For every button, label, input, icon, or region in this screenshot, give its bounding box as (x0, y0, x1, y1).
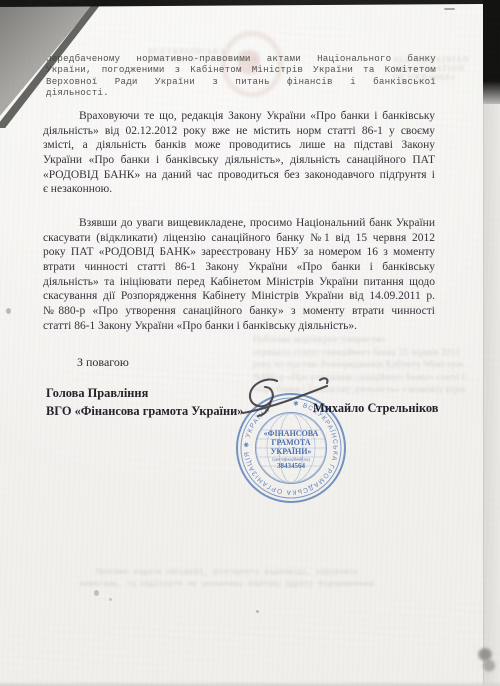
text-line: України «Про банки і банківську діяльніс… (43, 153, 435, 168)
scan-edge-right (483, 0, 500, 108)
stamp-id-number: 38434564 (277, 462, 306, 470)
text-line: Враховуючи те що, редакція Закону Україн… (43, 109, 435, 124)
speck (109, 598, 112, 601)
paragraph-typewritten: передбаченому нормативно-правовими актам… (46, 53, 436, 98)
signer-title-line1: Голова Правління (46, 384, 243, 402)
text-line: діяльність» та ініціювати перед Кабінето… (43, 275, 435, 290)
text-line: №880-р «Про утворення санаційного банку»… (43, 304, 435, 319)
speck (444, 8, 455, 10)
scanned-letter-page: ВСЕУКРАЇНСЬКА ГРОМАДСЬКА ОРГАНІЗАЦІЯ ALL… (0, 0, 500, 686)
scan-edge-top (0, 0, 500, 7)
stamp-line-3: УКРАЇНИ» (271, 447, 312, 456)
smudge-bottom-right (477, 646, 497, 674)
signer-title-line2: ВГО «Фінансова грамота України» (46, 402, 243, 420)
stamp-line-4: (ідентифікаційний) код (272, 458, 310, 462)
speck (256, 610, 259, 613)
text-line: Верховної Ради України з питань фінансів… (46, 76, 436, 87)
text-line: є незаконною. (43, 182, 435, 197)
text-line: діяльності. (46, 87, 436, 98)
text-line: року ПАТ «РОДОВІД БАНК» зареєстровану НБ… (43, 245, 435, 260)
paragraph-3: Взявши до уваги вищевикладене, просимо Н… (43, 216, 435, 333)
text-line: втрати чинності статті 86-1 Закону Украї… (43, 260, 435, 275)
paragraph-2: Враховуючи те що, редакція Закону Україн… (43, 109, 435, 197)
ghost-bottom-lines: Просимо надати письмові, розгорнуті відп… (62, 567, 392, 591)
speck (94, 590, 99, 596)
stamp-center-text: «ФІНАНСОВА ГРАМОТА УКРАЇНИ» (ідентифікац… (264, 429, 319, 470)
text-line: Взявши до уваги вищевикладене, просимо Н… (43, 216, 435, 231)
scan-noise-overlay (0, 0, 500, 686)
page-edge-right (483, 104, 500, 686)
text-line: передбаченому нормативно-правовими актам… (46, 53, 436, 64)
signer-title: Голова Правління ВГО «Фінансова грамота … (46, 384, 243, 420)
text-line: скасувати (відкликати) ліцензію санаційн… (43, 231, 435, 246)
speck (6, 308, 11, 314)
text-line: скасування дії Розпорядження Кабінету Мі… (43, 289, 435, 304)
text-line: «РОДОВІД БАНК» на даний час проводиться … (43, 168, 435, 183)
stamp-line-1: «ФІНАНСОВА (264, 429, 319, 438)
text-line: змісті, а діяльність банків може проводи… (43, 138, 435, 153)
signature (225, 372, 355, 420)
text-line: діяльність» від 02.12.2012 року вже не м… (43, 124, 435, 139)
signature-strokes (243, 378, 327, 416)
page-edge-bottom (0, 681, 500, 686)
text-line: статті 86-1 Закону України «Про банки і … (43, 319, 435, 334)
stamp-line-2: ГРАМОТА (271, 438, 310, 447)
text-line: України, погодженими з Кабінетом Міністр… (46, 64, 436, 75)
closing-regards: З повагою (77, 355, 129, 370)
